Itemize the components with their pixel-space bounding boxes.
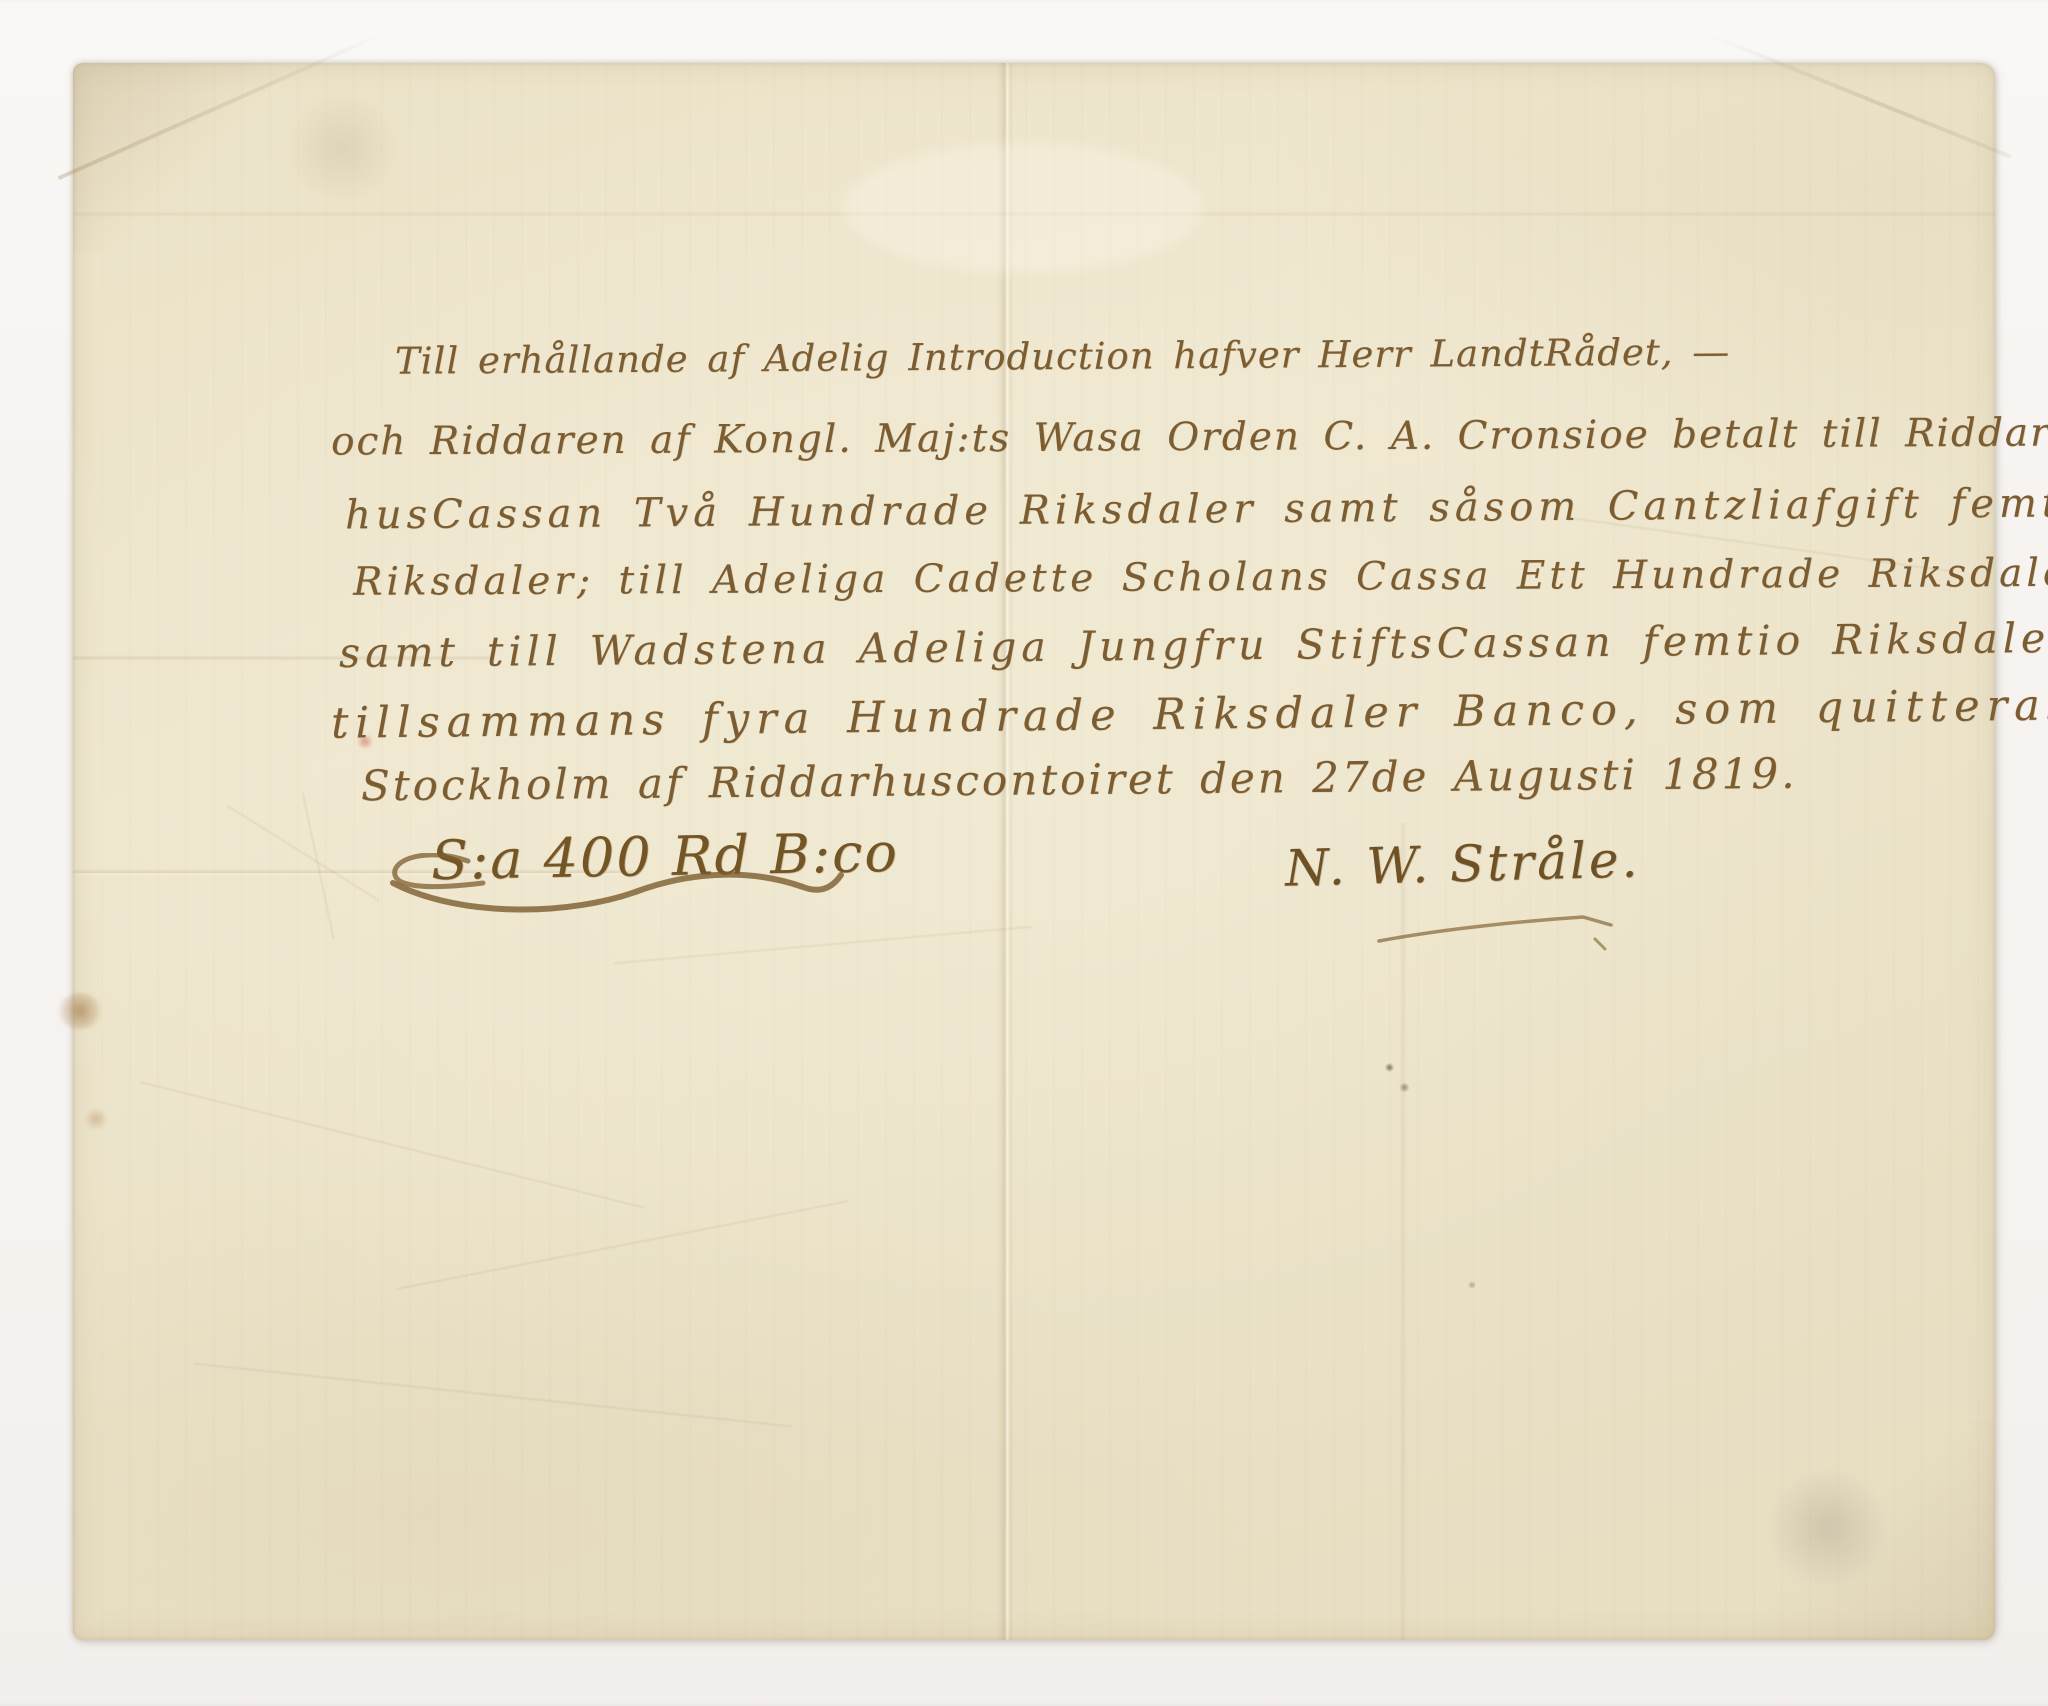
crease-junction — [300, 791, 335, 939]
handwritten-line-4: Riksdaler; till Adeliga Cadette Scholans… — [353, 550, 2048, 605]
handwritten-line-5: samt till Wadstena Adeliga Jungfru Stift… — [339, 613, 2048, 677]
vertical-fold-crease-2 — [1399, 823, 1407, 1640]
signature-flourish-underline — [1373, 903, 1633, 953]
document-paper: Till erhållande af Adelig Introduction h… — [73, 63, 1995, 1640]
paper-texture — [73, 63, 1995, 1640]
handwritten-line-6: tillsammans fyra Hundrade Riksdaler Banc… — [331, 679, 2048, 748]
paper-edge-vignette — [73, 63, 1995, 1640]
wrinkle-line — [397, 1199, 849, 1291]
scanned-document-page: { "document": { "type": "handwritten rec… — [0, 0, 2048, 1706]
ink-speck — [1468, 1281, 1476, 1289]
handwritten-line-1: Till erhållande af Adelig Introduction h… — [395, 330, 1730, 382]
brown-stain-left-edge-2 — [83, 1109, 109, 1129]
handwritten-line-3: husCassan Två Hundrade Riksdaler samt så… — [345, 480, 2048, 539]
crease-junction — [226, 804, 381, 903]
vertical-fold-crease — [998, 63, 1014, 1640]
gray-smudge-top-left — [283, 93, 403, 203]
light-patch-top-center — [843, 143, 1203, 273]
sum-amount-text: S:a 400 Rd B:co — [430, 821, 899, 892]
signature-text: N. W. Stråle. — [1284, 830, 1641, 897]
handwritten-line-7: Stockholm af Riddarhuscontoiret den 27de… — [361, 749, 1798, 811]
ink-speck — [1399, 1083, 1410, 1092]
horizontal-crease-top — [73, 211, 1995, 217]
wrinkle-line — [140, 1080, 646, 1210]
gray-smudge-bottom-right — [1773, 1463, 1883, 1593]
wrinkle-line — [614, 925, 1033, 966]
corner-shading-bottom-right — [1735, 1420, 1995, 1640]
ink-speck — [1385, 1063, 1394, 1072]
corner-shading-top-left — [73, 63, 303, 253]
wrinkle-line — [194, 1362, 791, 1429]
handwritten-line-2: och Riddaren af Kongl. Maj:ts Wasa Orden… — [331, 410, 2048, 464]
